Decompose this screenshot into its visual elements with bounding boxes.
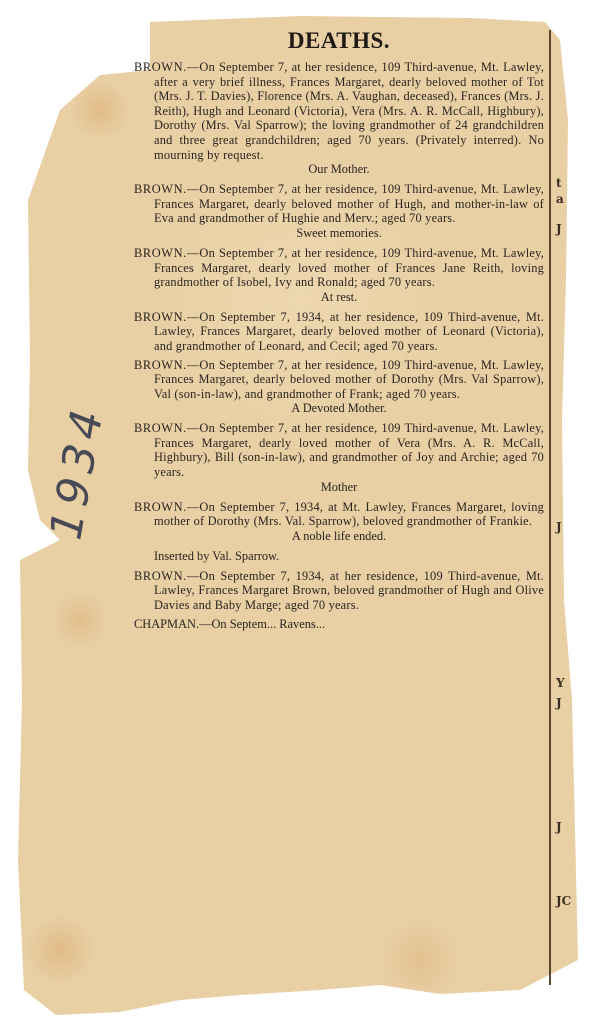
notice-surname: BROWN.	[134, 310, 187, 324]
death-notice: BROWN.—On September 7, at her residence,…	[134, 182, 544, 241]
notice-surname: BROWN.	[134, 500, 187, 514]
torn-notice-surname: CHAPMAN.	[134, 617, 199, 631]
notice-surname: BROWN.	[134, 182, 187, 196]
torn-notice: CHAPMAN.—On Septem... Ravens...	[134, 617, 544, 632]
notice-body: —On September 7, at her residence, 109 T…	[154, 358, 544, 401]
adjacent-column-fragment: Y	[556, 676, 576, 690]
notice-body: —On September 7, 1934, at her residence,…	[154, 310, 544, 353]
notice-signoff: Inserted by Val. Sparrow.	[154, 549, 544, 564]
notice-surname: BROWN.	[134, 421, 187, 435]
death-notice: BROWN.—On September 7, 1934, at Mt. Lawl…	[134, 500, 544, 564]
notice-body: —On September 7, at her residence, 109 T…	[154, 60, 544, 162]
notice-body: —On September 7, 1934, at Mt. Lawley, Fr…	[154, 500, 544, 529]
adjacent-column-fragment: t	[556, 176, 576, 190]
notice-tagline: Sweet memories.	[134, 226, 544, 241]
notice-surname: BROWN.	[134, 60, 187, 74]
death-notice: BROWN.—On September 7, at her residence,…	[134, 246, 544, 305]
notice-body: —On September 7, at her residence, 109 T…	[154, 421, 544, 479]
adjacent-column-fragment: J	[556, 696, 576, 710]
notice-tagline: Mother	[134, 480, 544, 495]
column-rule	[549, 30, 551, 985]
death-notice: BROWN.—On September 7, 1934, at her resi…	[134, 310, 544, 358]
notice-body: —On September 7, at her residence, 109 T…	[154, 246, 544, 289]
adjacent-column-fragment: J	[556, 820, 576, 834]
notice-body: —On September 7, 1934, at her residence,…	[154, 569, 544, 612]
notice-tagline: A noble life ended.	[134, 529, 544, 544]
death-notice: BROWN.—On September 7, at her residence,…	[134, 358, 544, 417]
adjacent-column-fragment: JC	[556, 894, 576, 908]
notice-body: —On September 7, at her residence, 109 T…	[154, 182, 544, 225]
notice-surname: BROWN.	[134, 246, 187, 260]
section-heading: DEATHS.	[134, 28, 544, 54]
notice-surname: BROWN.	[134, 358, 187, 372]
adjacent-column-fragment: J	[556, 222, 576, 236]
adjacent-column-fragment: J	[556, 520, 576, 534]
death-notice: BROWN.—On September 7, at her residence,…	[134, 60, 544, 177]
notice-tagline: At rest.	[134, 290, 544, 305]
deaths-column: DEATHS. BROWN.—On September 7, at her re…	[134, 28, 544, 631]
notice-tagline: A Devoted Mother.	[134, 401, 544, 416]
torn-notice-fragment: —On Septem... Ravens...	[199, 617, 325, 631]
death-notice: BROWN.—On September 7, 1934, at her resi…	[134, 569, 544, 617]
notice-surname: BROWN.	[134, 569, 187, 583]
death-notice: BROWN.—On September 7, at her residence,…	[134, 421, 544, 494]
adjacent-column-fragment: a	[556, 192, 576, 206]
notice-tagline: Our Mother.	[134, 162, 544, 177]
